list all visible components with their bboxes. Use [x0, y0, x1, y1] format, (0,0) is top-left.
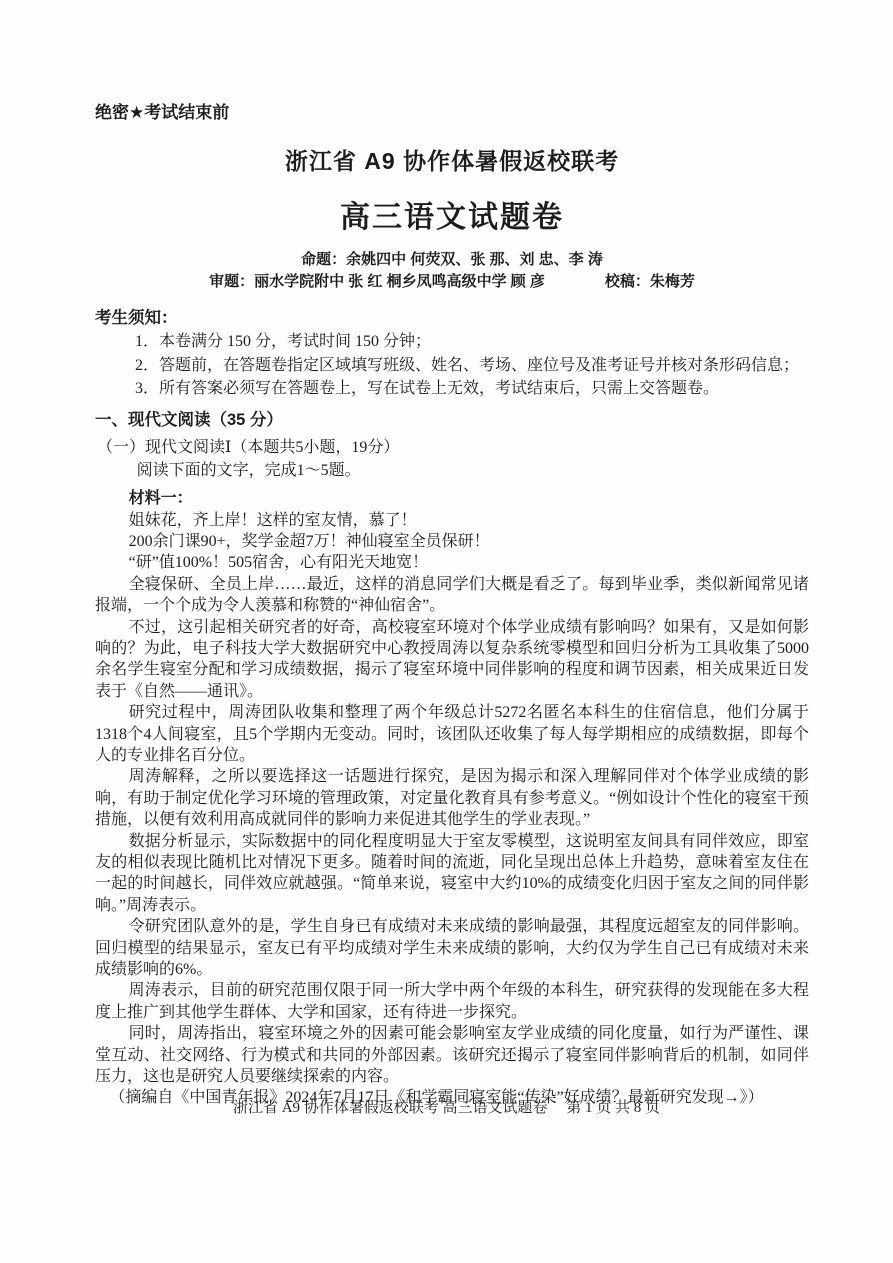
page-footer: 浙江省 A9 协作体暑假返校联考 高三语文试题卷 第 1 页 共 8 页	[0, 1096, 893, 1117]
material-one-heading: 材料一：	[95, 487, 809, 510]
material-paragraph: 研究过程中，周涛团队收集和整理了两个年级总计5272名匿名本科生的住宿信息，他们…	[95, 702, 809, 766]
subsection-heading-reading-1: （一）现代文阅读Ⅰ（本题共5小题，19分）	[95, 435, 809, 460]
candidate-notice-heading: 考生须知：	[95, 306, 809, 330]
material-paragraph: 令研究团队意外的是，学生自身已有成绩对未来成绩的影响最强，其程度远超室友的同伴影…	[95, 916, 809, 980]
material-paragraph: 周涛解释，之所以要选择这一话题进行探究，是因为揭示和深入理解同伴对个体学业成绩的…	[95, 766, 809, 830]
notice-item-2: 2．答题前，在答题卷指定区域填写班级、姓名、考场、座位号及准考证号并核对条形码信…	[95, 354, 809, 378]
reviewers-line: 审题：丽水学院附中 张 红 桐乡凤鸣高级中学 顾 彦 校稿：朱梅芳	[95, 271, 809, 293]
reading-instruction: 阅读下面的文字，完成1～5题。	[95, 460, 809, 482]
setters-line: 命题：余姚四中 何荧双、张 那、刘 忠、李 涛	[95, 249, 809, 271]
material-paragraph: “研”值100%！505宿舍，心有阳光天地宽！	[95, 552, 809, 573]
section-heading-modern-reading: 一、现代文阅读（35 分）	[95, 407, 809, 433]
material-paragraph: 全寝保研、全员上岸……最近，这样的消息同学们大概是看乏了。每到毕业季，类似新闻常…	[95, 574, 809, 617]
material-paragraph: 200余门课90+，奖学金超7万！神仙寝室全员保研！	[95, 531, 809, 552]
material-paragraph: 同时，周涛指出，寝室环境之外的因素可能会影响室友学业成绩的同化度量，如行为严谨性…	[95, 1023, 809, 1087]
notice-item-3: 3．所有答案必须写在答题卷上，写在试卷上无效，考试结束后，只需上交答题卷。	[95, 377, 809, 401]
exam-title: 浙江省 A9 协作体暑假返校联考	[95, 143, 809, 176]
material-paragraph: 周涛表示，目前的研究范围仅限于同一所大学中两个年级的本科生，研究获得的发现能在多…	[95, 980, 809, 1023]
material-paragraph: 姐妹花，齐上岸！这样的室友情，慕了！	[95, 510, 809, 531]
notice-item-1: 1．本卷满分 150 分，考试时间 150 分钟；	[95, 330, 809, 354]
material-paragraph: 数据分析显示，实际数据中的同化程度明显大于室友零模型，这说明室友间具有同伴效应，…	[95, 831, 809, 917]
security-classification-label: 绝密★考试结束前	[95, 98, 809, 123]
paper-title: 高三语文试题卷	[95, 192, 809, 236]
exam-paper-page: 绝密★考试结束前 浙江省 A9 协作体暑假返校联考 高三语文试题卷 命题：余姚四…	[0, 0, 893, 1263]
material-paragraph: 不过，这引起相关研究者的好奇，高校寝室环境对个体学业成绩有影响吗？如果有，又是如…	[95, 617, 809, 703]
